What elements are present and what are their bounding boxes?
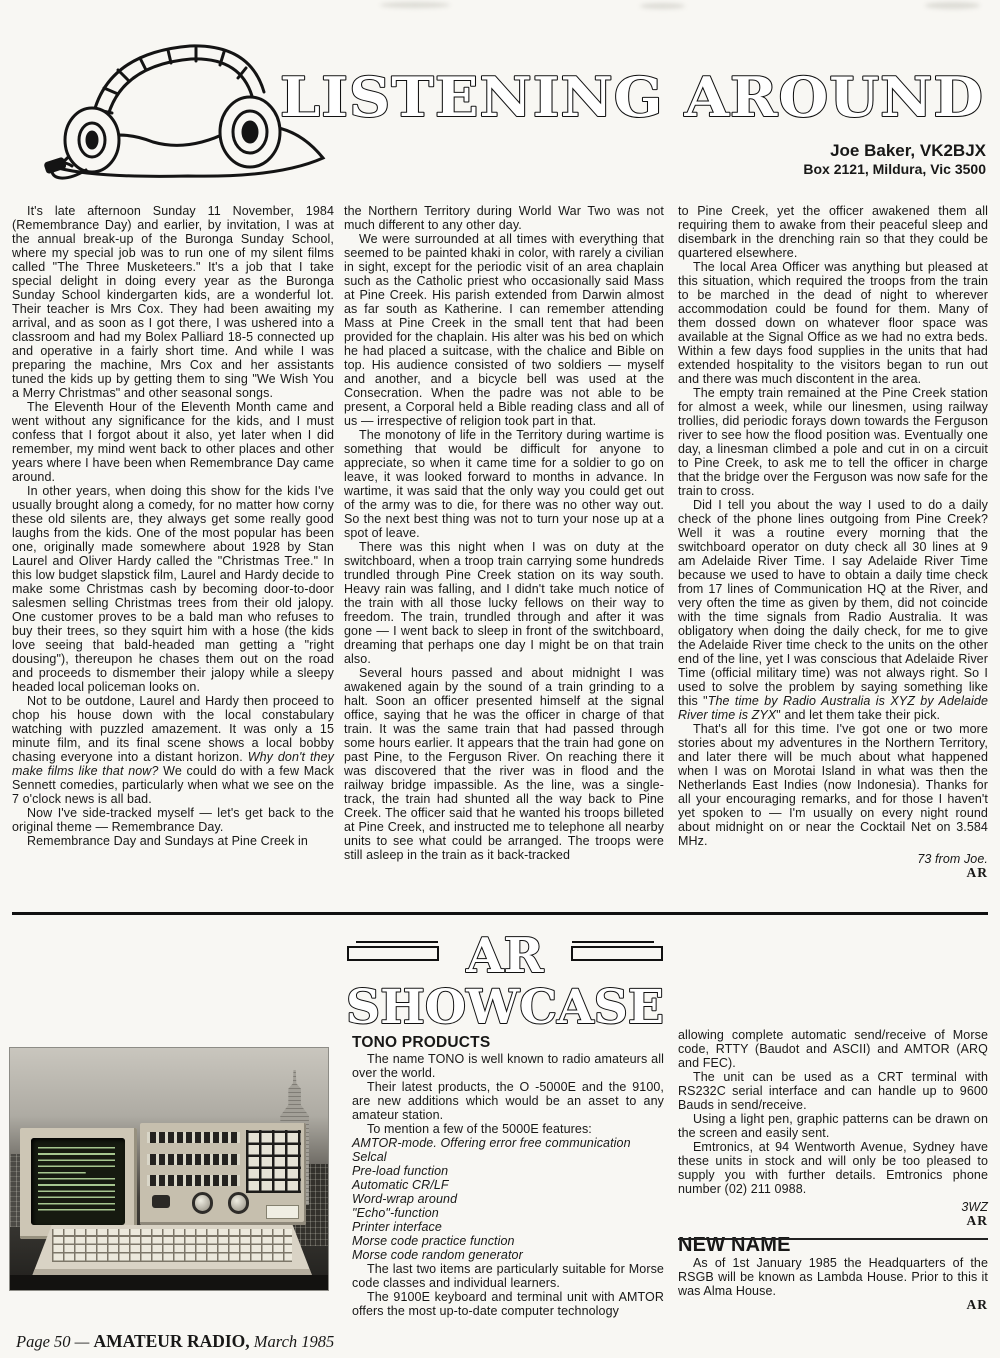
paragraph: allowing complete automatic send/receive… [678, 1028, 988, 1070]
crt-screen [31, 1138, 125, 1225]
paragraph: the Northern Territory during World War … [344, 204, 664, 232]
paragraph: There was this night when I was on duty … [344, 540, 664, 666]
feature-item: Morse code random generator [352, 1248, 664, 1262]
paragraph-text: " and let them take their pick. [776, 708, 940, 722]
paragraph: The Eleventh Hour of the Eleventh Month … [12, 400, 334, 484]
paragraph: The 9100E keyboard and terminal unit wit… [352, 1290, 664, 1318]
article-column-1: It's late afternoon Sunday 11 November, … [12, 204, 334, 848]
ar-end-mark: AR [678, 1298, 988, 1312]
signoff: 73 from Joe. [678, 852, 988, 866]
showcase-title-showcase: SHOWCASE [346, 980, 664, 1032]
page-footer: Page 50 — AMATEUR RADIO, March 1985 [16, 1331, 334, 1352]
paragraph: The name TONO is well known to radio ama… [352, 1052, 664, 1080]
magazine-page: LISTENING AROUND Joe Baker, VK2BJX Box 2… [0, 0, 1000, 1358]
power-switch [152, 1195, 170, 1208]
new-name-divider [678, 1238, 988, 1240]
ar-end-mark: AR [678, 866, 988, 880]
section-divider [12, 912, 988, 915]
paragraph: Did I tell you about the way I used to d… [678, 498, 988, 722]
paragraph: The last two items are particularly suit… [352, 1262, 664, 1290]
showcase-header: AR SHOWCASE [338, 920, 672, 1032]
byline-address: Box 2121, Mildura, Vic 3500 [803, 161, 986, 179]
terminal-control-panel [140, 1123, 305, 1225]
article-column-3: to Pine Creek, yet the officer awakened … [678, 204, 988, 880]
led-display-row [147, 1154, 240, 1165]
paragraph: It's late afternoon Sunday 11 November, … [12, 204, 334, 400]
footer-page-number: Page 50 — [16, 1332, 89, 1351]
paragraph: Using a light pen, graphic patterns can … [678, 1112, 988, 1140]
showcase-title-ar: AR [465, 928, 544, 984]
paragraph: The unit can be used as a CRT terminal w… [678, 1070, 988, 1112]
led-display-row [147, 1132, 240, 1143]
feature-item: "Echo"-function [352, 1206, 664, 1220]
tono-heading: TONO PRODUCTS [352, 1036, 664, 1050]
model-label-plate [266, 1205, 299, 1218]
feature-item: Automatic CR/LF [352, 1178, 664, 1192]
showcase-tono-column: TONO PRODUCTS The name TONO is well know… [352, 1036, 664, 1318]
crt-monitor [20, 1128, 138, 1239]
feature-item: AMTOR-mode. Offering error free communic… [352, 1136, 664, 1150]
feature-item: Morse code practice function [352, 1234, 664, 1248]
paragraph: Remembrance Day and Sundays at Pine Cree… [12, 834, 334, 848]
crt-screen-text [38, 1147, 115, 1211]
byline-author: Joe Baker, VK2BJX [803, 140, 986, 161]
new-name-heading: NEW NAME [678, 1238, 988, 1252]
feature-item: Pre-load function [352, 1164, 664, 1178]
ar-end-mark: AR [678, 1214, 988, 1228]
paragraph-text: Did I tell you about the way I used to d… [678, 498, 988, 708]
paragraph: Now I've side-tracked myself — let's get… [12, 806, 334, 834]
paragraph: To mention a few of the 5000E features: [352, 1122, 664, 1136]
showcase-right-column: allowing complete automatic send/receive… [678, 1028, 988, 1312]
button-grid [246, 1130, 301, 1193]
paragraph: The monotony of life in the Territory du… [344, 428, 664, 540]
signoff: 3WZ [678, 1200, 988, 1214]
scan-smudge [925, 2, 980, 9]
keyboard-keys [52, 1229, 293, 1262]
paragraph: Not to be outdone, Laurel and Hardy then… [12, 694, 334, 806]
feature-item: Word-wrap around [352, 1192, 664, 1206]
page-title: LISTENING AROUND [276, 58, 990, 136]
feature-item: Printer interface [352, 1220, 664, 1234]
scan-smudge [380, 2, 450, 8]
paragraph: The empty train remained at the Pine Cre… [678, 386, 988, 498]
paragraph: In other years, when doing this show for… [12, 484, 334, 694]
keyboard [32, 1225, 312, 1276]
tuning-knob [228, 1192, 249, 1213]
paragraph: As of 1st January 1985 the Headquarters … [678, 1256, 988, 1298]
new-name-section: NEW NAME As of 1st January 1985 the Head… [678, 1238, 988, 1312]
scan-smudge [640, 3, 685, 9]
paragraph: Their latest products, the O -5000E and … [352, 1080, 664, 1122]
tuning-knob [192, 1192, 213, 1213]
feature-item: Selcal [352, 1150, 664, 1164]
byline: Joe Baker, VK2BJX Box 2121, Mildura, Vic… [803, 140, 986, 179]
led-display-row [147, 1175, 240, 1186]
product-photo [10, 1048, 328, 1290]
paragraph: The local Area Officer was anything but … [678, 260, 988, 386]
photo-bottom-shadow [10, 1275, 328, 1290]
paragraph: Emtronics, at 94 Wentworth Avenue, Sydne… [678, 1140, 988, 1196]
footer-magazine-name: AMATEUR RADIO, [93, 1331, 249, 1351]
page-title-text: LISTENING AROUND [280, 65, 984, 129]
paragraph: We were surrounded at all times with eve… [344, 232, 664, 428]
paragraph: That's all for this time. I've got one o… [678, 722, 988, 848]
paragraph: to Pine Creek, yet the officer awakened … [678, 204, 988, 260]
paragraph: Several hours passed and about midnight … [344, 666, 664, 862]
footer-issue: March 1985 [254, 1332, 335, 1351]
article-column-2: the Northern Territory during World War … [344, 204, 664, 862]
